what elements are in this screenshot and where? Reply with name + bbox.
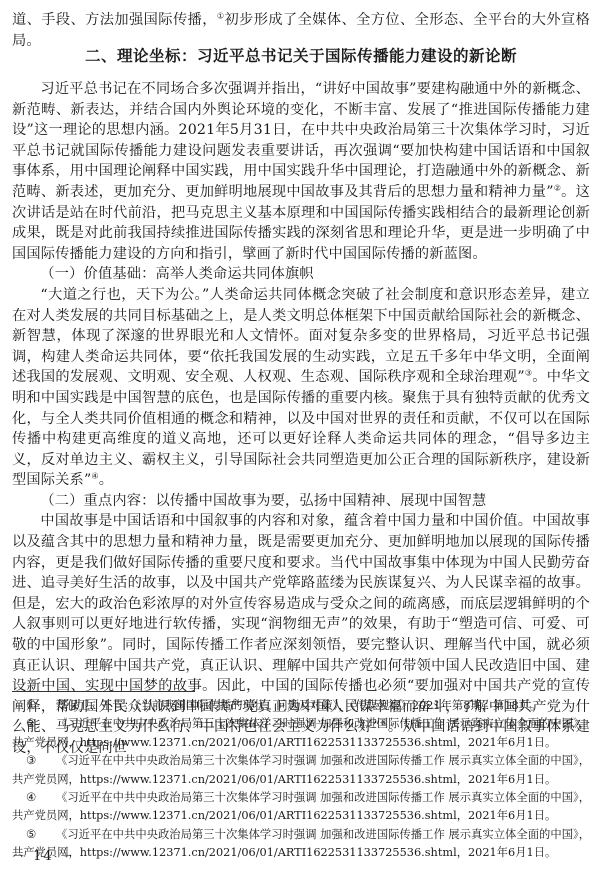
paragraph-text: 道、手段、方法加强国际传播， — [12, 12, 217, 28]
page-number: － 14 － — [12, 845, 75, 864]
footnote-text: 《习近平在中共中央政治局第三十次集体学习时强调 加强和改进国际传播工作 展示真实… — [12, 754, 590, 785]
footnote-text: 《习近平在中共中央政治局第三十次集体学习时强调 加强和改进国际传播工作 展示真实… — [12, 828, 590, 859]
footnote-number: ④ — [12, 789, 56, 807]
footnote-text: 郑保卫、王青：《当前我国国际传播的现状、问题及对策》，《传媒观察》2021年第8… — [56, 699, 541, 712]
paragraph-text: “大道之行也，天下为公。”人类命运共同体概念突破了社会制度和意识形态差异，建立在… — [12, 287, 590, 385]
footnote-divider — [12, 691, 195, 692]
footnote-text: 《习近平在中共中央政治局第三十次集体学习时强调 加强和改进国际传播工作 展示真实… — [12, 717, 590, 748]
footnote-ref-4[interactable]: ④ — [91, 472, 98, 481]
footnote-number: ① — [12, 697, 56, 715]
paragraph-text: 。中华文明和中国实践是中国智慧的底色，也是国际传播的重要内核。聚焦于具有独特贡献… — [12, 369, 590, 488]
footnote-number: ⑤ — [12, 826, 56, 844]
footnote-5: ⑤《习近平在中共中央政治局第三十次集体学习时强调 加强和改进国际传播工作 展示真… — [12, 826, 590, 863]
footnote-1: ①郑保卫、王青：《当前我国国际传播的现状、问题及对策》，《传媒观察》2021年第… — [12, 697, 590, 715]
footnote-2: ②《习近平在中共中央政治局第三十次集体学习时强调 加强和改进国际传播工作 展示真… — [12, 715, 590, 752]
paragraph-text: 习近平总书记在不同场合多次强调并指出，“讲好中国故事”要建构融通中外的新概念、新… — [12, 81, 590, 200]
paragraph-text: 。 — [99, 472, 113, 488]
subheading-key-content: （二）重点内容：以传播中国故事为要，弘扬中国精神、展现中国智慧 — [12, 491, 590, 512]
footnote-text: 《习近平在中共中央政治局第三十次集体学习时强调 加强和改进国际传播工作 展示真实… — [12, 791, 590, 822]
footnote-3: ③《习近平在中共中央政治局第三十次集体学习时强调 加强和改进国际传播工作 展示真… — [12, 752, 590, 789]
subheading-value-basis: （一）价值基础：高举人类命运共同体旗帜 — [12, 264, 590, 285]
section-heading: 二、理论坐标：习近平总书记关于国际传播能力建设的新论断 — [12, 44, 590, 66]
footnote-4: ④《习近平在中共中央政治局第三十次集体学习时强调 加强和改进国际传播工作 展示真… — [12, 789, 590, 826]
footnotes: ①郑保卫、王青：《当前我国国际传播的现状、问题及对策》，《传媒观察》2021年第… — [12, 697, 590, 863]
paragraph-1: 习近平总书记在不同场合多次强调并指出，“讲好中国故事”要建构融通中外的新概念、新… — [12, 79, 590, 264]
footnote-number: ③ — [12, 752, 56, 770]
body-text: 习近平总书记在不同场合多次强调并指出，“讲好中国故事”要建构融通中外的新概念、新… — [12, 79, 590, 759]
footnote-number: ② — [12, 715, 56, 733]
paragraph-2: “大道之行也，天下为公。”人类命运共同体概念突破了社会制度和意识形态差异，建立在… — [12, 285, 590, 491]
